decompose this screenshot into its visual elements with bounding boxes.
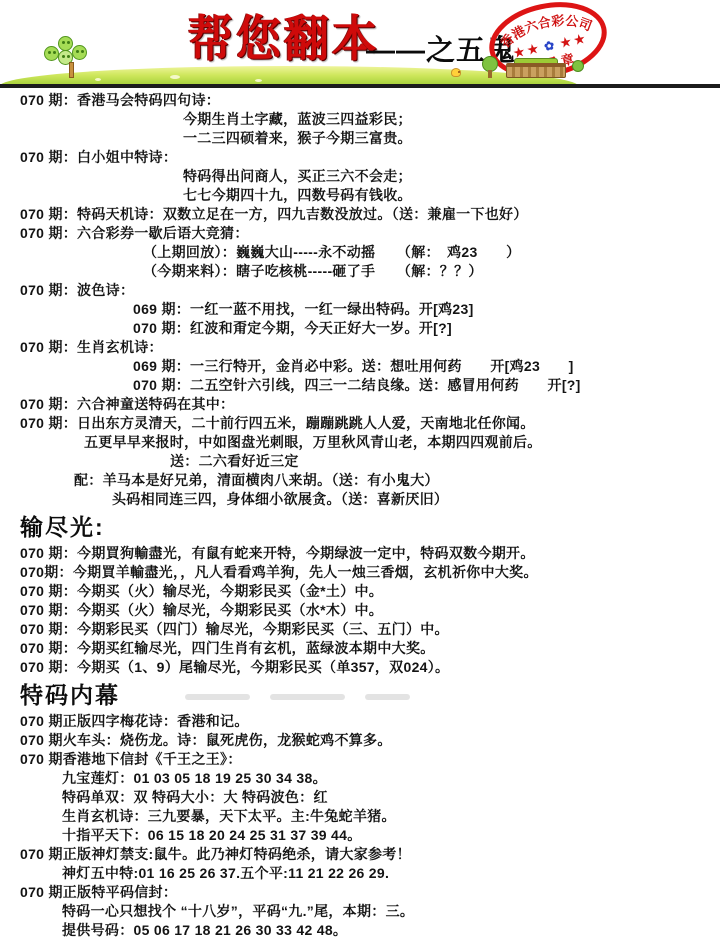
text-line: 070 期：日出东方灵清天，二十前行四五米，蹦蹦跳跳人人爱，天南地北任你闻。 [0, 414, 720, 433]
small-tree-icon [572, 60, 584, 72]
text-line: 送：二六看好近三定 [0, 452, 720, 471]
text-line: 070 期：波色诗： [0, 281, 720, 300]
header: 帮您翻本 ——之五鬼 香港六合彩公司 ★ ★ ✿ ★ ★ 专用章 [0, 0, 720, 90]
text-line: 九宝莲灯：01 03 05 18 19 25 30 34 38。 [0, 769, 720, 788]
text-line: 十指平天下：06 15 18 20 24 25 31 37 39 44。 [0, 826, 720, 845]
text-line: 今期生肖土字藏，蓝波三四益彩民； [0, 110, 720, 129]
text-line: 070 期：今期彩民买（四门）输尽光，今期彩民买（三、五门）中。 [0, 620, 720, 639]
text-line: 神灯五中特:01 16 25 26 37.五个平:11 21 22 26 29. [0, 864, 720, 883]
stamp-flower-icon: ✿ [543, 38, 556, 54]
tree-trunk [69, 62, 74, 78]
text-line: 特码一心只想找个 “十八岁”，平码“九.”尾，本期：三。 [0, 902, 720, 921]
text-line: 069 期：一红一蓝不用找，一红一绿出特码。开[鸡23] [0, 300, 720, 319]
small-tree-trunk [488, 70, 492, 78]
tree-decoration [44, 36, 100, 82]
header-divider [0, 84, 720, 88]
text-line: 070 期：今期买（1、9）尾输尽光，今期彩民买（单357，双024）。 [0, 658, 720, 677]
text-line: 提供号码：05 06 17 18 21 26 30 33 42 48。 [0, 921, 720, 940]
text-line: 070期：今期買羊輸盡光，，凡人看看鸡羊狗，先人一烛三香烟，玄机祈你中大奖。 [0, 563, 720, 582]
faint-watermark [365, 694, 410, 700]
text-line: 070 期：今期买（火）输尽光，今期彩民买（金*土）中。 [0, 582, 720, 601]
text-line: （上期回放）：巍巍大山-----永不动摇 （解： 鸡23 ） [0, 243, 720, 262]
section-heading-text: 特码内幕 [20, 682, 120, 708]
text-line: 070 期：二五空针六引线，四三一二结良缘。送：感冒用何药 开[?] [0, 376, 720, 395]
text-line: 五更早早来报时，中如图盘光刺眼，万里秋风青山老，本期四四观前后。 [0, 433, 720, 452]
text-line: 070 期香港地下信封《千王之王》： [0, 750, 720, 769]
grass-spot [255, 79, 262, 82]
flyer-page: 帮您翻本 ——之五鬼 香港六合彩公司 ★ ★ ✿ ★ ★ 专用章 [0, 0, 720, 942]
tree-leaf-icon [58, 36, 73, 51]
text-line: 七七今期四十九，四数号码有钱收。 [0, 186, 720, 205]
text-line: 070 期火车头：烧伤龙。诗：鼠死虎伤，龙猴蛇鸡不算多。 [0, 731, 720, 750]
text-line: 配：羊马本是好兄弟，清面横肉八来胡。（送：有小鬼大） [0, 471, 720, 490]
text-line: 070 期：六合彩券一歇后语大竞猜： [0, 224, 720, 243]
text-line: （今期来料）：瞎子吃核桃-----砸了手 （解：？？） [0, 262, 720, 281]
section-heading-temaneimu: 特码内幕 [0, 682, 720, 708]
section-heading-shujinguang: 输尽光: [0, 514, 720, 540]
faint-watermark [270, 694, 345, 700]
page-title: 帮您翻本 [188, 0, 380, 70]
text-line: 070 期正版神灯禁支:鼠牛。此乃神灯特码绝杀，请大家参考！ [0, 845, 720, 864]
tree-leaf-icon [44, 46, 59, 61]
text-line: 070 期：今期买红输尽光，四门生肖有玄机，蓝绿波本期中大奖。 [0, 639, 720, 658]
text-line: 070 期：生肖玄机诗： [0, 338, 720, 357]
text-line: 特码得出问商人，买正三六不会走； [0, 167, 720, 186]
fence-bench [506, 63, 566, 78]
text-line: 070 期：白小姐中特诗： [0, 148, 720, 167]
faint-watermark [185, 694, 250, 700]
grass-spot [170, 75, 180, 79]
text-line: 070 期正版四字梅花诗：香港和记。 [0, 712, 720, 731]
text-line: 070 期：红波和甭定今期，今天正好大一岁。开[?] [0, 319, 720, 338]
text-line: 头码相同连三四，身体细小欲展贪。（送：喜新厌旧） [0, 490, 720, 509]
text-line: 070 期：今期買狗輸盡光，有鼠有蛇来开特，今期绿波一定中，特码双数今期开。 [0, 544, 720, 563]
content: 070 期：香港马会特码四句诗： 今期生肖土字藏，蓝波三四益彩民； 一二三四硕着… [0, 91, 720, 940]
chick-decoration [451, 68, 461, 77]
stamp-stars-right: ★ ★ [559, 31, 586, 50]
text-line: 070 期：特码天机诗：双数立足在一方，四九吉数没放过。（送：兼雇一下也好） [0, 205, 720, 224]
text-line: 070 期：香港马会特码四句诗： [0, 91, 720, 110]
text-line: 特码单双：双 特码大小：大 特码波色：红 [0, 788, 720, 807]
text-line: 070 期正版特平码信封： [0, 883, 720, 902]
text-line: 069 期：一三行特开，金肖必中彩。送：想吐用何药 开[鸡23 ] [0, 357, 720, 376]
tree-leaf-icon [72, 45, 87, 60]
text-line: 070 期：今期买（火）输尽光，今期彩民买（水*木）中。 [0, 601, 720, 620]
text-line: 生肖玄机诗：三九要暴，天下太平。主:牛兔蛇羊猪。 [0, 807, 720, 826]
text-line: 一二三四硕着来，猴子今期三富贵。 [0, 129, 720, 148]
text-line: 070 期：六合神童送特码在其中： [0, 395, 720, 414]
